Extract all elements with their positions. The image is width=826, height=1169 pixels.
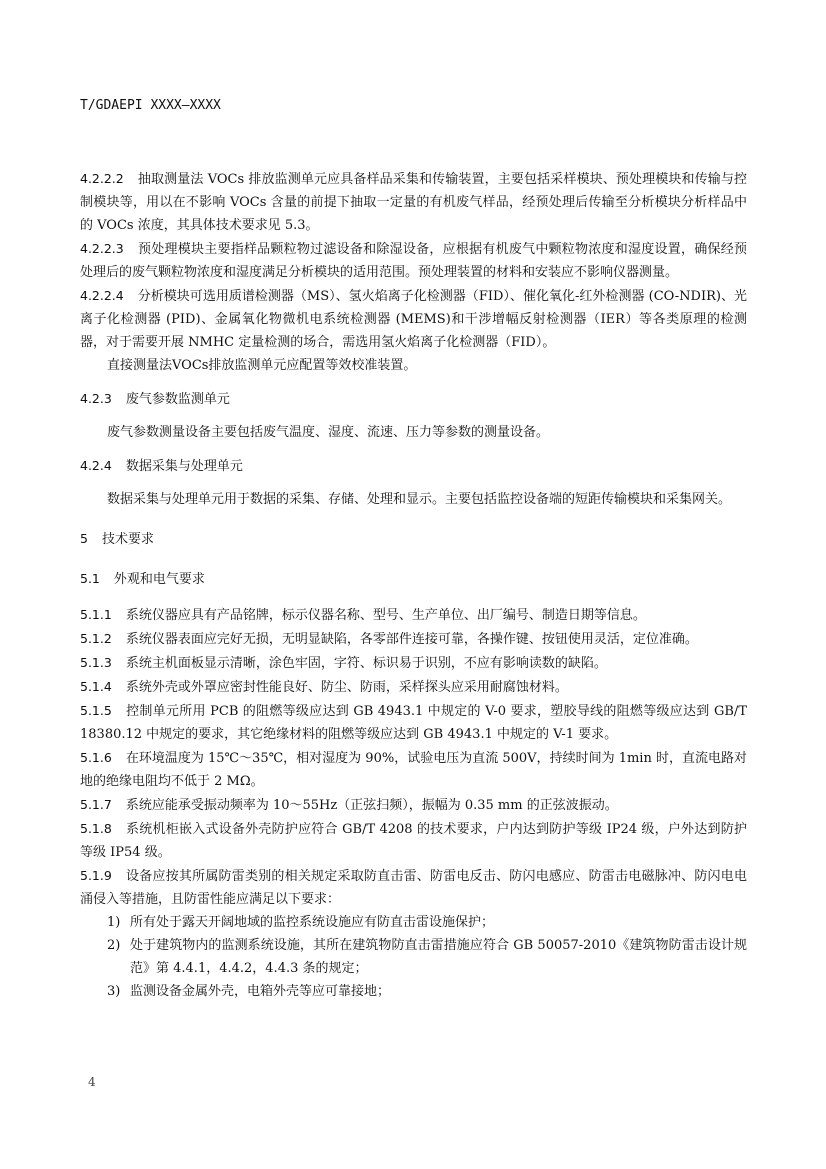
heading-number: 5.1 bbox=[80, 571, 100, 586]
heading-4-2-3: 4.2.3废气参数监测单元 bbox=[80, 387, 747, 411]
clause-4-2-3-text: 废气参数测量设备主要包括废气温度、湿度、流速、压力等参数的测量设备。 bbox=[80, 421, 747, 444]
list-item-text: 处于建筑物内的监测系统设施，其所在建筑物防直击雷措施应符合 GB 50057-2… bbox=[130, 938, 747, 976]
heading-number: 5 bbox=[80, 531, 88, 546]
clause-5-1-9: 5.1.9设备应按其所属防雷类别的相关规定采取防直击雷、防雷电反击、防闪电感应、… bbox=[80, 864, 747, 911]
clause-text: 抽取测量法 VOCs 排放监测单元应具备样品采集和传输装置，主要包括采样模块、预… bbox=[80, 172, 747, 233]
list-item: 3)监测设备金属外壳，电箱外壳等应可靠接地； bbox=[80, 980, 747, 1003]
document-body: 4.2.2.2抽取测量法 VOCs 排放监测单元应具备样品采集和传输装置，主要包… bbox=[80, 167, 747, 1003]
clause-text: 在环境温度为 15℃～35℃，相对湿度为 90%，试验电压为直流 500V，持续… bbox=[80, 751, 747, 789]
clause-number: 4.2.2.4 bbox=[80, 288, 124, 303]
clause-text: 控制单元所用 PCB 的阻燃等级应达到 GB 4943.1 中规定的 V-0 要… bbox=[80, 704, 747, 742]
clause-number: 5.1.6 bbox=[80, 750, 112, 765]
clause-5-1-5: 5.1.5控制单元所用 PCB 的阻燃等级应达到 GB 4943.1 中规定的 … bbox=[80, 699, 747, 746]
clause-text: 预处理模块主要指样品颗粒物过滤设备和除湿设备，应根据有机废气中颗粒物浓度和湿度设… bbox=[80, 242, 747, 280]
heading-number: 4.2.3 bbox=[80, 391, 112, 406]
list-marker: 3) bbox=[107, 980, 120, 1003]
clause-number: 5.1.9 bbox=[80, 868, 112, 883]
list-item: 2)处于建筑物内的监测系统设施，其所在建筑物防直击雷措施应符合 GB 50057… bbox=[80, 934, 747, 980]
clause-number: 5.1.3 bbox=[80, 655, 112, 670]
list-marker: 2) bbox=[107, 934, 120, 957]
clause-5-1-4: 5.1.4系统外壳或外罩应密封性能良好、防尘、防雨，采样探头应采用耐腐蚀材料。 bbox=[80, 675, 747, 699]
lightning-requirements-list: 1)所有处于露天开阔地域的监控系统设施应有防直击雷设施保护； 2)处于建筑物内的… bbox=[80, 911, 747, 1003]
clause-5-1-8: 5.1.8系统机柜嵌入式设备外壳防护应符合 GB/T 4208 的技术要求，户内… bbox=[80, 817, 747, 864]
clause-text: 系统机柜嵌入式设备外壳防护应符合 GB/T 4208 的技术要求，户内达到防护等… bbox=[80, 822, 747, 860]
clause-text: 系统外壳或外罩应密封性能良好、防尘、防雨，采样探头应采用耐腐蚀材料。 bbox=[126, 680, 568, 695]
heading-title: 技术要求 bbox=[102, 532, 154, 547]
clause-number: 5.1.5 bbox=[80, 703, 112, 718]
heading-5: 5技术要求 bbox=[80, 527, 747, 551]
clause-5-1-6: 5.1.6在环境温度为 15℃～35℃，相对湿度为 90%，试验电压为直流 50… bbox=[80, 746, 747, 793]
page-number: 4 bbox=[88, 1075, 96, 1089]
heading-number: 4.2.4 bbox=[80, 458, 112, 473]
list-item: 1)所有处于露天开阔地域的监控系统设施应有防直击雷设施保护； bbox=[80, 911, 747, 934]
heading-title: 废气参数监测单元 bbox=[126, 392, 230, 407]
clause-number: 4.2.2.3 bbox=[80, 241, 124, 256]
clause-number: 5.1.7 bbox=[80, 797, 112, 812]
clause-text: 系统应能承受振动频率为 10～55Hz（正弦扫频），振幅为 0.35 mm 的正… bbox=[126, 798, 618, 813]
heading-5-1: 5.1外观和电气要求 bbox=[80, 567, 747, 591]
document-page: T/GDAEPI XXXX—XXXX 4.2.2.2抽取测量法 VOCs 排放监… bbox=[0, 0, 826, 1169]
list-item-text: 监测设备金属外壳，电箱外壳等应可靠接地； bbox=[130, 984, 390, 999]
list-marker: 1) bbox=[107, 911, 120, 934]
document-id-header: T/GDAEPI XXXX—XXXX bbox=[80, 98, 221, 113]
clause-text: 系统仪器表面应完好无损，无明显缺陷，各零部件连接可靠，各操作键、按钮使用灵活，定… bbox=[126, 632, 698, 647]
clause-4-2-4-text: 数据采集与处理单元用于数据的采集、存储、处理和显示。主要包括监控设备端的短距传输… bbox=[80, 488, 747, 511]
heading-title: 数据采集与处理单元 bbox=[126, 459, 243, 474]
clause-5-1-1: 5.1.1系统仪器应具有产品铭牌，标示仪器名称、型号、生产单位、出厂编号、制造日… bbox=[80, 603, 747, 627]
clause-number: 4.2.2.2 bbox=[80, 171, 124, 186]
clause-5-1-7: 5.1.7系统应能承受振动频率为 10～55Hz（正弦扫频），振幅为 0.35 … bbox=[80, 793, 747, 817]
clause-text: 系统主机面板显示清晰，涂色牢固，字符、标识易于识别，不应有影响读数的缺陷。 bbox=[126, 656, 607, 671]
heading-4-2-4: 4.2.4数据采集与处理单元 bbox=[80, 454, 747, 478]
clause-number: 5.1.1 bbox=[80, 607, 112, 622]
clause-text: 设备应按其所属防雷类别的相关规定采取防直击雷、防雷电反击、防闪电感应、防雷击电磁… bbox=[80, 869, 747, 907]
clause-4-2-2-3: 4.2.2.3预处理模块主要指样品颗粒物过滤设备和除湿设备，应根据有机废气中颗粒… bbox=[80, 237, 747, 284]
clause-4-2-2-4: 4.2.2.4分析模块可选用质谱检测器（MS）、氢火焰离子化检测器（FID）、催… bbox=[80, 284, 747, 354]
clause-4-2-2-4-note: 直接测量法VOCs排放监测单元应配置等效校准装置。 bbox=[80, 354, 747, 377]
list-item-text: 所有处于露天开阔地域的监控系统设施应有防直击雷设施保护； bbox=[130, 915, 494, 930]
clause-number: 5.1.8 bbox=[80, 821, 112, 836]
clause-number: 5.1.2 bbox=[80, 631, 112, 646]
clause-5-1-2: 5.1.2系统仪器表面应完好无损，无明显缺陷，各零部件连接可靠，各操作键、按钮使… bbox=[80, 627, 747, 651]
heading-title: 外观和电气要求 bbox=[114, 572, 205, 587]
clause-text: 系统仪器应具有产品铭牌，标示仪器名称、型号、生产单位、出厂编号、制造日期等信息。 bbox=[126, 608, 646, 623]
clause-4-2-2-2: 4.2.2.2抽取测量法 VOCs 排放监测单元应具备样品采集和传输装置，主要包… bbox=[80, 167, 747, 237]
clause-5-1-3: 5.1.3系统主机面板显示清晰，涂色牢固，字符、标识易于识别，不应有影响读数的缺… bbox=[80, 651, 747, 675]
clause-number: 5.1.4 bbox=[80, 679, 112, 694]
clause-text: 分析模块可选用质谱检测器（MS）、氢火焰离子化检测器（FID）、催化氧化-红外检… bbox=[80, 289, 747, 350]
